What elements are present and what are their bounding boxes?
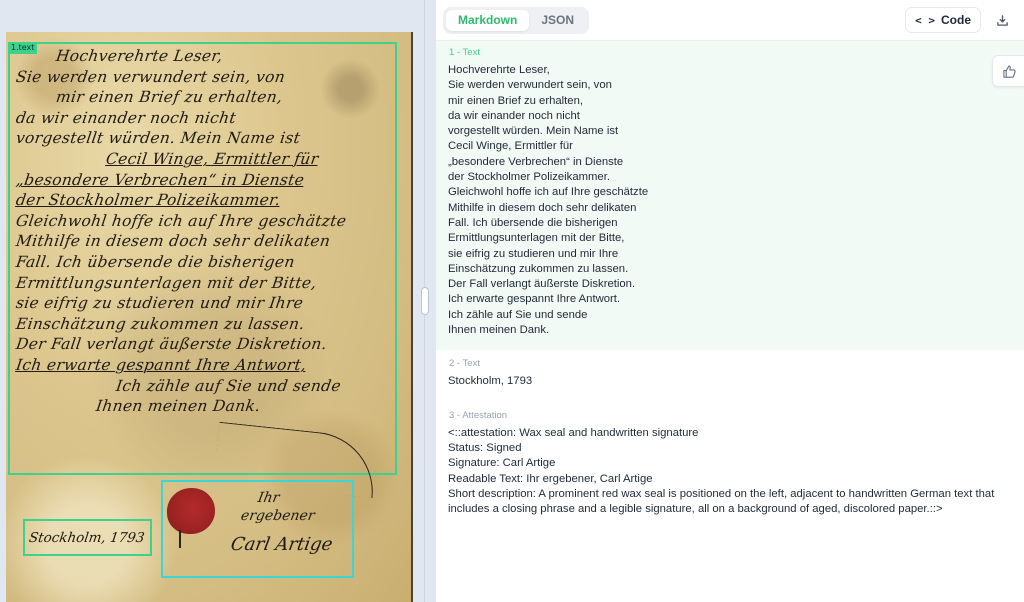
region-box-1-text[interactable]: 1.text bbox=[8, 42, 397, 475]
code-icon: < > bbox=[915, 14, 935, 27]
signature-name: Carl Artige bbox=[229, 534, 334, 555]
markdown-output: 1 - Text Hochverehrte Leser, Sie werden … bbox=[436, 41, 1024, 527]
seal-ribbon bbox=[179, 530, 181, 548]
block-text: Hochverehrte Leser, Sie werden verwunder… bbox=[448, 63, 1012, 338]
download-icon bbox=[996, 14, 1009, 27]
output-pane: Markdown JSON < > Code 1 - Text Hochvere… bbox=[436, 0, 1024, 602]
region-tag-1: 1.text bbox=[8, 42, 37, 54]
tab-markdown[interactable]: Markdown bbox=[446, 10, 529, 31]
thumbs-up-button[interactable] bbox=[992, 55, 1024, 87]
output-block-3[interactable]: 3 - Attestation <::attestation: Wax seal… bbox=[436, 402, 1024, 528]
signature-ergebener: ergebener bbox=[240, 508, 316, 524]
tab-json[interactable]: JSON bbox=[529, 10, 586, 31]
splitter-drag-handle[interactable] bbox=[421, 287, 429, 315]
thumbs-up-icon bbox=[1002, 64, 1017, 79]
output-toolbar: Markdown JSON < > Code bbox=[436, 0, 1024, 41]
region-box-3-attestation[interactable]: Ihr ergebener Carl Artige bbox=[161, 480, 354, 578]
wax-seal bbox=[167, 488, 215, 534]
download-button[interactable] bbox=[987, 7, 1017, 33]
code-button[interactable]: < > Code bbox=[905, 7, 981, 33]
output-block-2[interactable]: 2 - Text Stockholm, 1793 bbox=[436, 350, 1024, 401]
document-page-image: Hochverehrte Leser,Sie werden verwundert… bbox=[6, 32, 411, 602]
document-viewer: Hochverehrte Leser,Sie werden verwundert… bbox=[0, 0, 424, 602]
block-label: 1 - Text bbox=[449, 47, 1012, 58]
format-toggle: Markdown JSON bbox=[443, 7, 589, 34]
signature-ihr: Ihr bbox=[257, 490, 281, 506]
handwritten-stockholm-date: Stockholm, 1793 bbox=[28, 530, 146, 546]
block-label: 3 - Attestation bbox=[449, 410, 1012, 421]
app-root: Hochverehrte Leser,Sie werden verwundert… bbox=[0, 0, 1024, 602]
block-text: Stockholm, 1793 bbox=[448, 374, 1012, 389]
block-text: <::attestation: Wax seal and handwritten… bbox=[448, 426, 1012, 518]
output-block-1[interactable]: 1 - Text Hochverehrte Leser, Sie werden … bbox=[436, 41, 1024, 350]
region-box-2-text[interactable]: Stockholm, 1793 bbox=[23, 519, 152, 556]
block-label: 2 - Text bbox=[449, 358, 1012, 369]
pane-splitter[interactable] bbox=[424, 0, 436, 602]
code-button-label: Code bbox=[941, 13, 971, 27]
